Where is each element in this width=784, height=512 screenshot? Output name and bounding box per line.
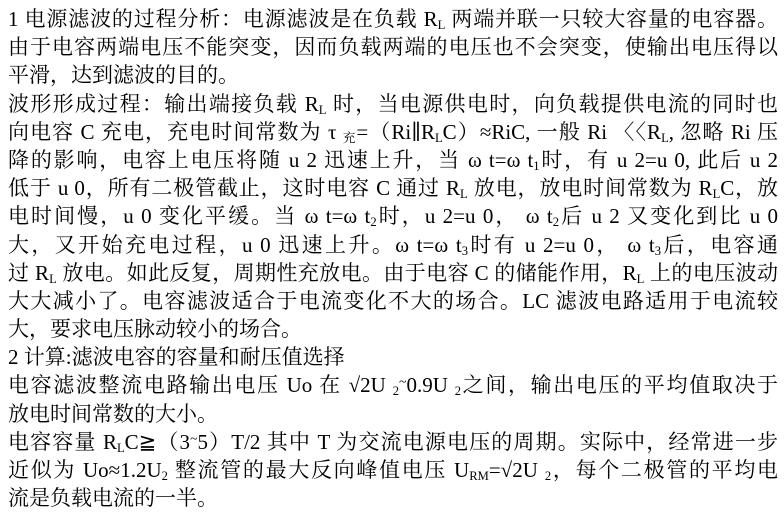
text-line: 流是负载电流的一半。 [8, 484, 778, 512]
text-line: 1 电源滤波的过程分析：电源滤波是在负载 RL 两端并联一只较大容量的电容器。 [8, 5, 778, 33]
text-line: 降的影响，电容上电压将随 u 2 迅速上升，当 ω t=ω t1时，有 u 2=… [8, 146, 778, 174]
text-line: 大，要求电压脉动较小的场合。 [8, 315, 778, 343]
text-line: 放电时间常数的大小。 [8, 400, 778, 428]
document-body: 1 电源滤波的过程分析：电源滤波是在负载 RL 两端并联一只较大容量的电容器。由… [0, 0, 784, 512]
text-line: 近似为 Uo≈1.2U2 整流管的最大反向峰值电压 URM=√2U 2，每个二极… [8, 456, 778, 484]
text-line: 电容容量 RLC≧（3~5）T/2 其中 T 为交流电源电压的周期。实际中，经常… [8, 428, 778, 456]
text-line: 大，又开始充电过程，u 0 迅速上升。ω t=ω t3时有 u 2=u 0， ω… [8, 231, 778, 259]
text-line: 大大减小了。电容滤波适合于电流变化不大的场合。LC 滤波电路适用于电流较 [8, 287, 778, 315]
text-line: 过 RL 放电。如此反复，周期性充放电。由于电容 C 的储能作用，RL 上的电压… [8, 259, 778, 287]
text-line: 平滑，达到滤波的目的。 [8, 61, 778, 89]
text-line: 向电容 C 充电，充电时间常数为 τ 充=（Ri∥RLC）≈RiC, 一般 Ri… [8, 118, 778, 146]
text-line: 由于电容两端电压不能突变，因而负载两端的电压也不会突变，使输出电压得以 [8, 33, 778, 61]
text-line: 波形形成过程：输出端接负载 RL 时，当电源供电时，向负载提供电流的同时也 [8, 90, 778, 118]
text-line: 电容滤波整流电路输出电压 Uo 在 √2U 2~0.9U 2之间，输出电压的平均… [8, 371, 778, 399]
text-line: 电时间慢，u 0 变化平缓。当 ω t=ω t2时，u 2=u 0， ω t2后… [8, 202, 778, 230]
text-line: 低于 u 0，所有二极管截止，这时电容 C 通过 RL 放电，放电时间常数为 R… [8, 174, 778, 202]
text-line: 2 计算:滤波电容的容量和耐压值选择 [8, 343, 778, 371]
